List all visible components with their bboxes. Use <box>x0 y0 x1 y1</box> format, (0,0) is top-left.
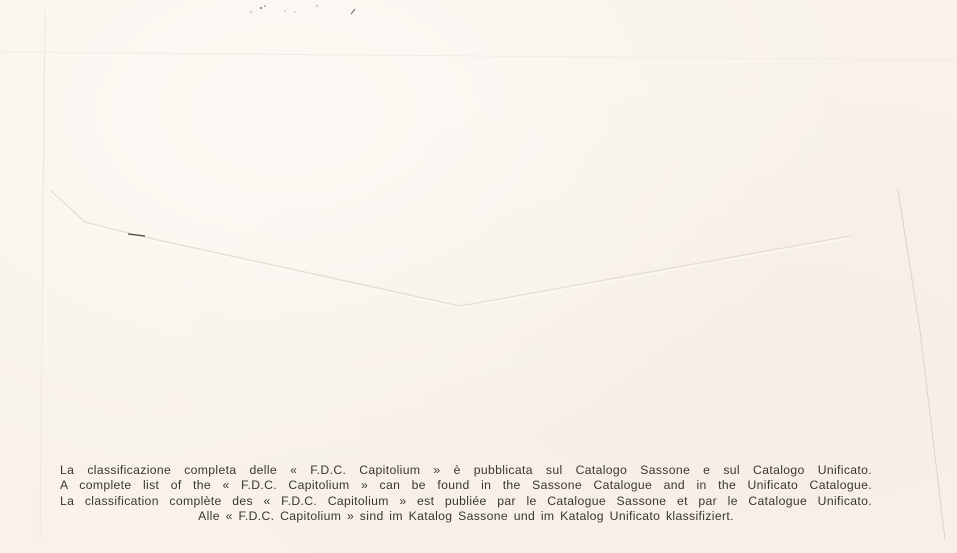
envelope-back: La classificazione completa delle « F.D.… <box>0 0 957 553</box>
caption-italian: La classificazione completa delle « F.D.… <box>60 463 872 478</box>
postmark-residue <box>245 2 365 18</box>
caption-german: Alle « F.D.C. Capitolium » sind im Katal… <box>60 509 872 524</box>
caption-english: A complete list of the « F.D.C. Capitoli… <box>60 478 872 493</box>
catalog-notice: La classificazione completa delle « F.D.… <box>60 463 872 524</box>
caption-french: La classification complète des « F.D.C. … <box>60 494 872 509</box>
